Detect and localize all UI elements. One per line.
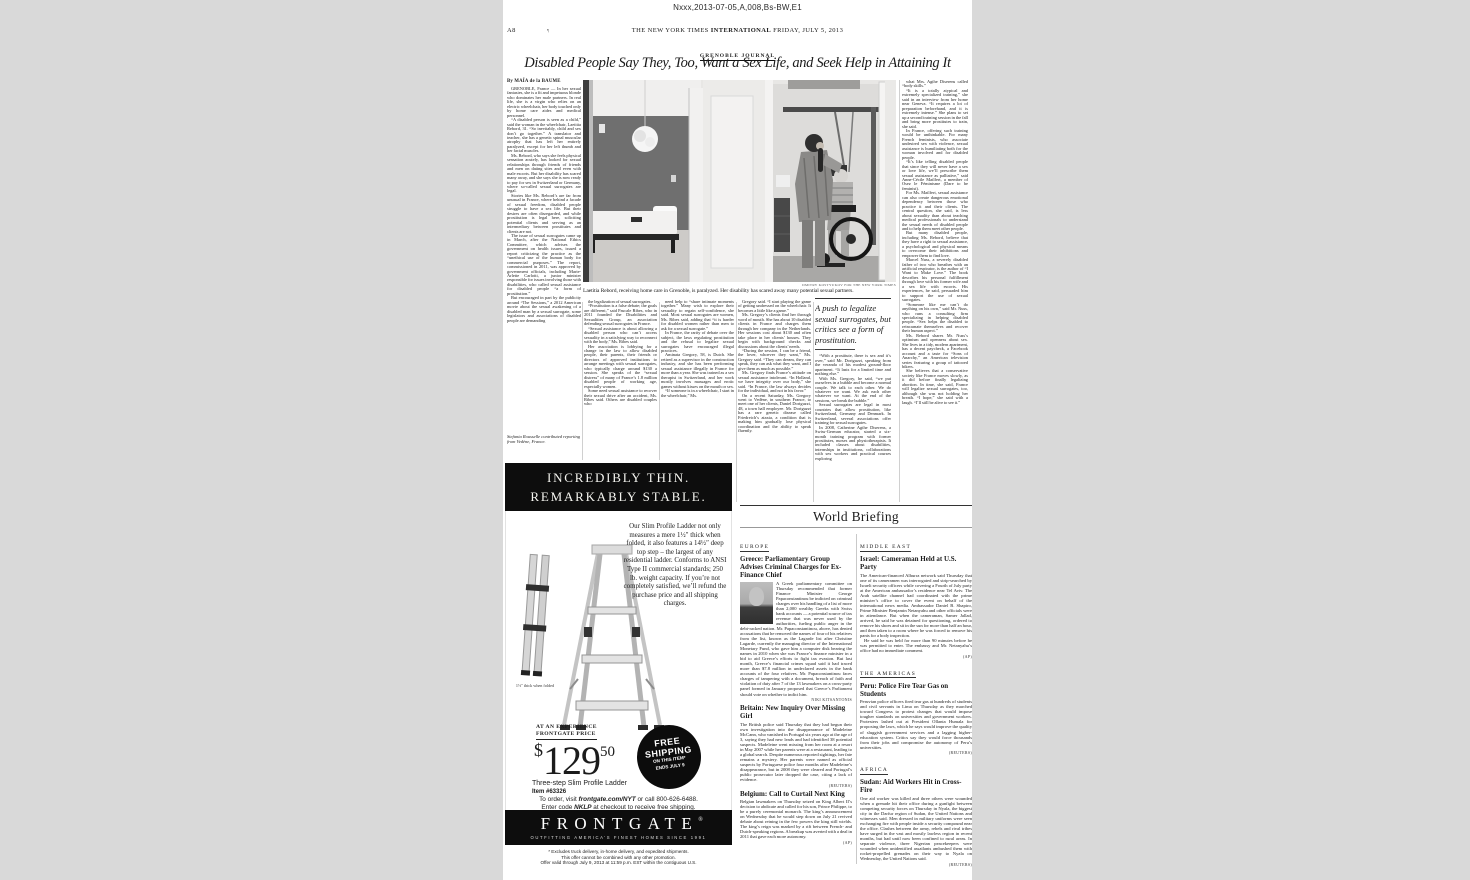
region-americas: THE AMERICAS bbox=[860, 662, 972, 680]
masthead: A8 ¶ THE NEW YORK TIMES INTERNATIONAL FR… bbox=[507, 27, 968, 37]
ad-header: INCREDIBLY THIN. REMARKABLY STABLE. bbox=[505, 463, 732, 511]
paragraph: But many disabled people, including Ms. … bbox=[902, 231, 968, 258]
paragraph: Marcel Nuss, a severely disabled father … bbox=[902, 258, 968, 303]
brief-body: The British police said Thursday that th… bbox=[740, 722, 852, 783]
column-paragraphs: “With a prostitute, there is sex and it’… bbox=[815, 354, 891, 461]
column-rule bbox=[659, 302, 660, 460]
paragraph: But encouraged in part by the publicity … bbox=[507, 296, 581, 323]
photo-credit: DMITRY KOSTYUKOV FOR THE NEW YORK TIMES bbox=[583, 283, 896, 287]
brief-headline: Greece: Parliamentary Group Advises Crim… bbox=[740, 555, 852, 579]
ad-order-info: To order, visit frontgate.com/NYT or cal… bbox=[506, 796, 731, 811]
brief-headline: Britain: New Inquiry Over Missing Girl bbox=[740, 704, 852, 720]
region-europe: EUROPE bbox=[740, 535, 852, 553]
paragraph: “If someone is in a wheelchair, I start … bbox=[661, 389, 734, 398]
region-label: MIDDLE EAST bbox=[860, 544, 911, 552]
briefing-column-rule bbox=[856, 534, 857, 864]
price-dollar-sign: $ bbox=[534, 740, 543, 760]
paragraph: Some need sexual assistance to recover t… bbox=[584, 389, 657, 407]
paragraph: Gregory said. “I start playing the game … bbox=[738, 300, 811, 313]
column-rule bbox=[582, 302, 583, 460]
portrait-face bbox=[749, 587, 764, 606]
paragraph: In France, the rarity of debate over the… bbox=[661, 331, 734, 353]
article-column-4: Gregory said. “I start playing the game … bbox=[738, 300, 811, 502]
column-rule bbox=[736, 302, 737, 502]
paragraph: Sexual surrogates are legal in most coun… bbox=[815, 403, 891, 425]
masthead-center: THE NEW YORK TIMES INTERNATIONAL FRIDAY,… bbox=[507, 27, 968, 34]
ad-price-label-line1: AT AN EXPERIENCE bbox=[536, 724, 597, 731]
region-africa: AFRICA bbox=[860, 758, 972, 776]
ad-headline-line1: INCREDIBLY THIN. bbox=[505, 468, 732, 487]
paragraph: On a recent Saturday, Ms. Gregory went t… bbox=[738, 394, 811, 434]
brand-text: FRONTGATE bbox=[541, 814, 699, 833]
ad-product-name: Three-step Slim Profile Ladder bbox=[532, 780, 627, 787]
ad-main: 1½″ thick when folded Our Slim Profi bbox=[505, 511, 732, 810]
frontgate-wordmark: FRONTGATE® bbox=[505, 814, 732, 834]
paragraph: Offer valid through July 9, 2013 at 11:5… bbox=[505, 860, 732, 866]
ad-price: $12950 bbox=[534, 737, 615, 784]
print-slug: Nxxx,2013-07-05,A,008,Bs-BW,E1 bbox=[503, 3, 972, 12]
paragraph: “With a prostitute, there is sex and it’… bbox=[815, 354, 891, 376]
frontgate-logo-band: FRONTGATE® OUTFITTING AMERICA’S FINEST H… bbox=[505, 810, 732, 845]
brief-sudan: Sudan: Aid Workers Hit in Cross-Fire One… bbox=[860, 778, 972, 867]
paragraph: “Sexual assistance is about allowing a d… bbox=[584, 327, 657, 345]
ad-item-number: Item #63326 bbox=[532, 789, 566, 795]
brief-headline: Peru: Police Fire Tear Gas on Students bbox=[860, 682, 972, 698]
ad-headline-line2: REMARKABLY STABLE. bbox=[505, 487, 732, 506]
brief-body: Belgian lawmakers on Thursday seized on … bbox=[740, 799, 852, 839]
paragraph: Ms. Gregory’s clients find her through w… bbox=[738, 313, 811, 349]
issue-date: FRIDAY, JULY 5, 2013 bbox=[771, 27, 843, 34]
paragraph: GRENOBLE, France — In her sexual fantasi… bbox=[507, 87, 581, 118]
brief-body: Peruvian police officers fired tear gas … bbox=[860, 699, 972, 749]
region-middle-east: MIDDLE EAST bbox=[860, 535, 972, 553]
brand-tagline: OUTFITTING AMERICA’S FINEST HOMES SINCE … bbox=[505, 835, 732, 840]
frontgate-ad: INCREDIBLY THIN. REMARKABLY STABLE. 1½″ … bbox=[505, 463, 732, 873]
brief-credit: (REUTERS) bbox=[860, 750, 972, 755]
paragraph: Ms. Gregory finds France’s attitude on s… bbox=[738, 371, 811, 393]
region-label: EUROPE bbox=[740, 544, 769, 552]
world-briefing-rule bbox=[740, 527, 972, 528]
papaconstantinou-photo bbox=[740, 582, 773, 624]
region-label: AFRICA bbox=[860, 767, 888, 775]
brief-israel: Israel: Cameraman Held at U.S. Party The… bbox=[860, 555, 972, 659]
paragraph: With Ms. Gregory, he said, “we put ourse… bbox=[815, 377, 891, 404]
article-column-5: A push to legalize sexual surrogates, bu… bbox=[815, 298, 891, 502]
brief-headline: Sudan: Aid Workers Hit in Cross-Fire bbox=[860, 778, 972, 794]
brief-body: One aid worker was killed and three othe… bbox=[860, 796, 972, 862]
paragraph: “It’s like telling disabled people that … bbox=[902, 160, 968, 191]
paragraph: In 2008, Catherine Agthe Diserens, a Swi… bbox=[815, 426, 891, 462]
brief-credit: (REUTERS) bbox=[740, 783, 852, 788]
world-briefing: World Briefing EUROPE Greece: Parliament… bbox=[740, 505, 972, 878]
price-cents: 50 bbox=[600, 744, 615, 760]
pull-quote-text: A push to legalize sexual surrogates, bu… bbox=[815, 303, 891, 345]
paragraph: In France, offering such training would … bbox=[902, 129, 968, 160]
contributor-note: Stefania Rousselle contributed reporting… bbox=[507, 434, 581, 444]
section-name: INTERNATIONAL bbox=[711, 27, 771, 34]
paragraph: Her association is lobbying for a change… bbox=[584, 345, 657, 390]
paragraph: Ms. Rebord shares Mr. Nuss’s optimism an… bbox=[902, 334, 968, 370]
region-label: THE AMERICAS bbox=[860, 671, 916, 679]
frontgate-url: frontgate.com/NYT bbox=[579, 796, 636, 803]
paragraph: The issue of sexual surrogates came up i… bbox=[507, 234, 581, 296]
photo-caption: Laetitia Rebord, receiving home care in … bbox=[583, 288, 896, 294]
brief-credit: (AP) bbox=[740, 840, 852, 845]
ad-body-copy: Our Slim Profile Ladder not only measure… bbox=[623, 523, 727, 609]
brief-headline: Israel: Cameraman Held at U.S. Party bbox=[860, 555, 972, 571]
column-rule bbox=[899, 80, 900, 502]
article-column-2: the legalization of sexual surrogates.“P… bbox=[584, 300, 657, 460]
paragraph: “A disabled person is seen as a child,” … bbox=[507, 118, 581, 154]
price-dollars: 129 bbox=[543, 738, 600, 783]
pull-quote: A push to legalize sexual surrogates, bu… bbox=[815, 298, 891, 350]
registered-mark: ® bbox=[698, 817, 703, 823]
photo-illustration bbox=[583, 80, 896, 282]
brief-body: He said he was held for more than 90 min… bbox=[860, 638, 972, 653]
world-briefing-title: World Briefing bbox=[740, 506, 972, 525]
paragraph: “Prostitution is a false debate; the goa… bbox=[584, 304, 657, 326]
article-photo bbox=[583, 80, 896, 282]
paragraph: Aminata Gregory, 58, is Dutch. She retir… bbox=[661, 353, 734, 389]
briefing-left-column: EUROPE Greece: Parliamentary Group Advis… bbox=[740, 532, 852, 847]
newspaper-page: Nxxx,2013-07-05,A,008,Bs-BW,E1 A8 ¶ THE … bbox=[503, 0, 972, 880]
paragraph: She believes that a conservative society… bbox=[902, 369, 968, 405]
paragraph: “During the session, I can be a friend, … bbox=[738, 349, 811, 371]
paragraph: Ms. Rebord, who says she feels physical … bbox=[507, 154, 581, 194]
brief-headline: Belgium: Call to Curtail Next King bbox=[740, 790, 852, 798]
column-rule bbox=[813, 302, 814, 502]
brief-belgium: Belgium: Call to Curtail Next King Belgi… bbox=[740, 790, 852, 845]
paragraph: Stories like Ms. Rebord’s are far from u… bbox=[507, 194, 581, 234]
byline: By MAÏA de la BAUME bbox=[507, 79, 581, 84]
brief-peru: Peru: Police Fire Tear Gas on Students P… bbox=[860, 682, 972, 755]
paragraph: need help to “share intimate moments tog… bbox=[661, 300, 734, 331]
paragraph: For Ms. Mailfert, sexual assistance can … bbox=[902, 191, 968, 231]
pull-quote-rule bbox=[815, 349, 855, 350]
article-column-6: what Mrs. Agthe Diserens called “body sk… bbox=[902, 80, 968, 503]
brief-credit: NIKI KITSANTONIS bbox=[740, 697, 852, 702]
brief-greece: Greece: Parliamentary Group Advises Crim… bbox=[740, 555, 852, 702]
ad-fine-print: * Excludes truck delivery, in-home deliv… bbox=[505, 849, 732, 866]
briefing-right-column: MIDDLE EAST Israel: Cameraman Held at U.… bbox=[860, 532, 972, 869]
article-column-1: GRENOBLE, France — In her sexual fantasi… bbox=[507, 87, 581, 431]
brief-britain: Britain: New Inquiry Over Missing Girl T… bbox=[740, 704, 852, 788]
brief-credit: (REUTERS) bbox=[860, 862, 972, 867]
brief-body: A Greek parliamentary committee on Thurs… bbox=[740, 581, 852, 697]
ad-order-line1: To order, visit frontgate.com/NYT or cal… bbox=[506, 796, 731, 804]
paragraph: “It is a totally atypical and extremely … bbox=[902, 89, 968, 129]
article-column-3: need help to “share intimate moments tog… bbox=[661, 300, 734, 460]
screenshot-canvas: { "colors": {"canvas_bg": "#d9d9d9", "pa… bbox=[0, 0, 1470, 880]
free-shipping-badge: FREE SHIPPING ON THIS ITEM* ENDS JULY 9 bbox=[633, 721, 704, 792]
headline: Disabled People Say They, Too, Want a Se… bbox=[503, 55, 972, 72]
brief-credit: (AP) bbox=[860, 654, 972, 659]
order-text: To order, visit bbox=[539, 796, 578, 803]
brief-body: The American-financed Alhurra network sa… bbox=[860, 573, 972, 639]
paper-name: THE NEW YORK TIMES bbox=[632, 27, 711, 34]
order-text: or call 800-626-6488. bbox=[636, 796, 698, 803]
paragraph: “Someone like me can’t do anything on hi… bbox=[902, 303, 968, 334]
